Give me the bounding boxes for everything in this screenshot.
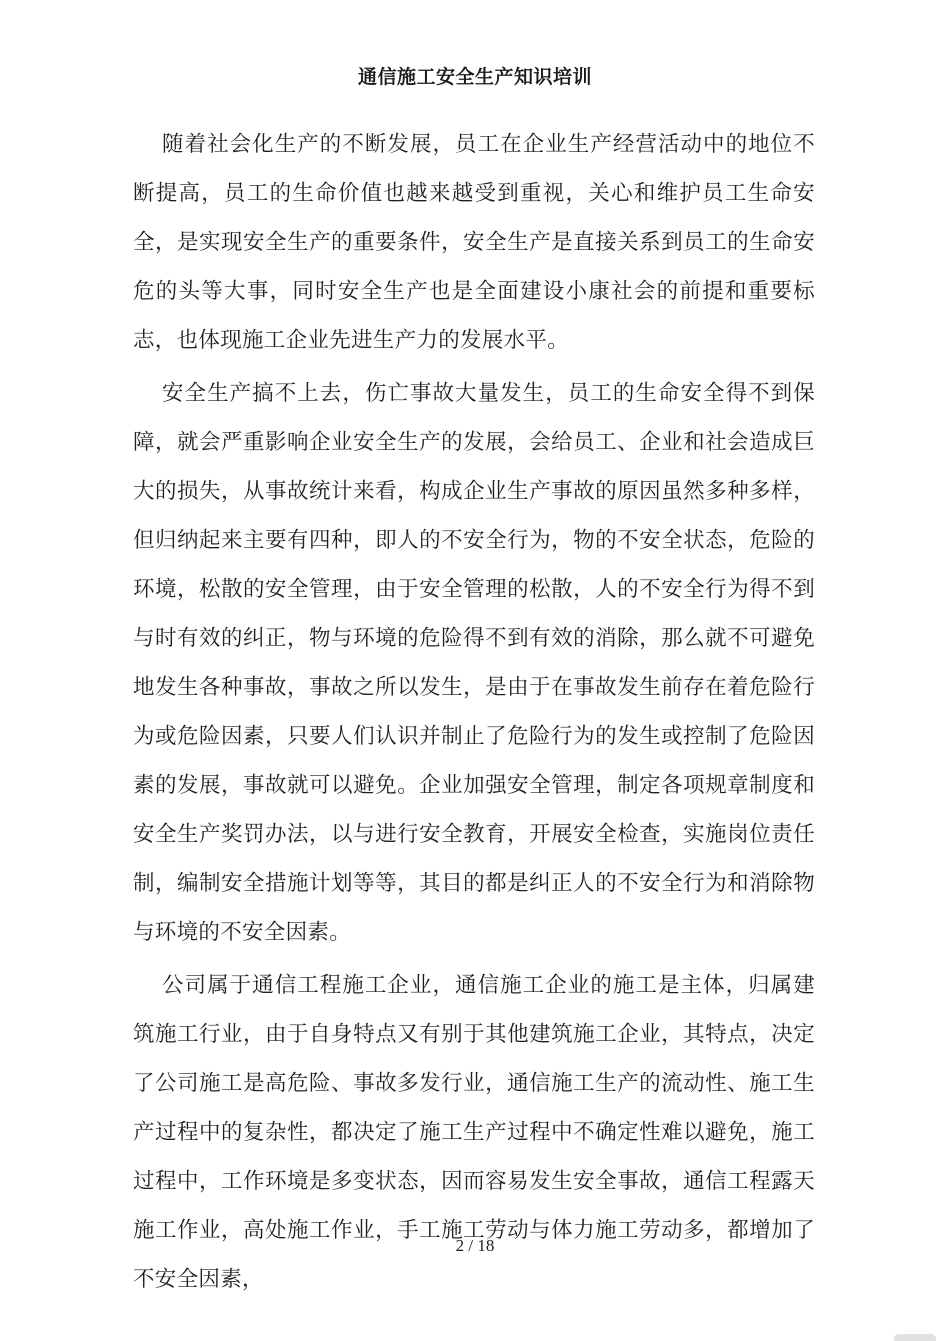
document-title: 通信施工安全生产知识培训 bbox=[0, 62, 950, 89]
paragraph-2: 安全生产搞不上去，伤亡事故大量发生，员工的生命安全得不到保障，就会严重影响企业安… bbox=[133, 369, 815, 957]
paragraph-1: 随着社会化生产的不断发展，员工在企业生产经营活动中的地位不断提高，员工的生命价值… bbox=[133, 120, 815, 365]
page-footer: 2 / 18 bbox=[0, 1236, 950, 1256]
document-page: 通信施工安全生产知识培训 随着社会化生产的不断发展，员工在企业生产经营活动中的地… bbox=[0, 0, 950, 1341]
corner-widget bbox=[894, 1334, 936, 1341]
page-number: 2 / 18 bbox=[456, 1236, 495, 1255]
document-body: 随着社会化生产的不断发展，员工在企业生产经营活动中的地位不断提高，员工的生命价值… bbox=[133, 120, 815, 1304]
